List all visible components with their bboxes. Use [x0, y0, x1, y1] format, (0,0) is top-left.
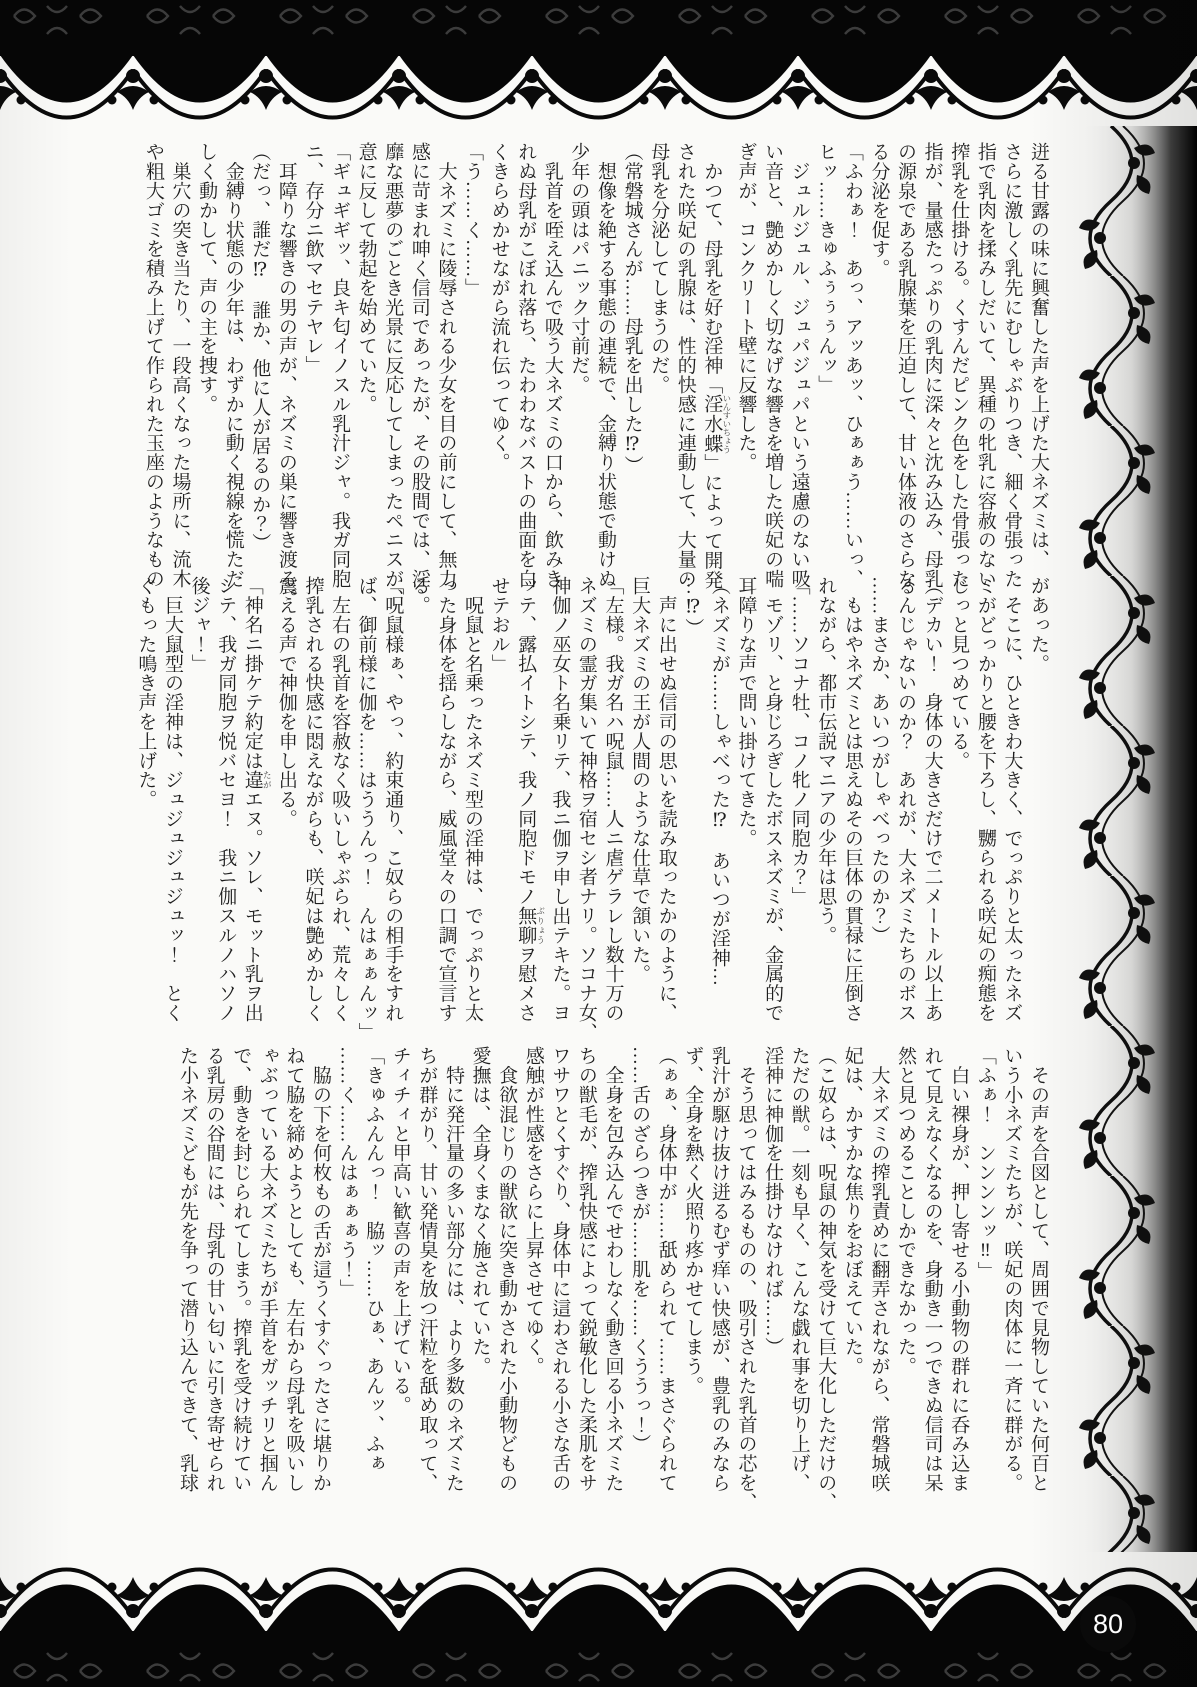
text-column: ……舌のざらつきが……肌を……くううっ！）	[626, 1046, 653, 1508]
text-column: さらに激しく乳先にむしゃぶりつき、細く骨張った	[998, 142, 1025, 604]
text-column: る分泌を促す。	[865, 142, 892, 604]
text-column: ……まさか、あいつがしゃべったのか？）	[865, 576, 892, 1038]
text-column: ワサワとくすぐり、身体中に這わされる小さな舌の	[546, 1046, 573, 1508]
text-column: ミがどっかりと腰を下ろし、嬲られる咲妃の痴態を	[971, 576, 998, 1038]
text-column: 全身を包み込んでせわしなく動き回る小ネズミた	[599, 1046, 626, 1508]
text-column: や粗大ゴミを積み上げて作られた玉座のようなもの	[139, 142, 166, 604]
text-column: された咲妃の乳腺は、性的快感に連動して、大量の	[671, 142, 698, 604]
text-column: った身体を揺らしながら、威風堂々の口調で宣言す	[432, 576, 459, 1038]
text-column: 意に反して勃起を始めていた。	[352, 142, 379, 604]
text-column: ……く……んはぁぁぁう！」	[333, 1046, 360, 1508]
text-column: 然と見つめることしかできなかった。	[891, 1046, 918, 1508]
text-column: くきらめかせながら流れ伝ってゆく。	[485, 142, 512, 604]
text-column: があった。	[1024, 576, 1051, 1038]
text-column: れぬ母乳がこぼれ落ち、たわわなバストの曲面を白	[512, 142, 539, 604]
text-column: …⁉）	[679, 576, 706, 1038]
text-column: 耳障りな声で問い掛けてきた。	[732, 576, 759, 1038]
text-column: そこに、ひときわ大きく、でっぷりと太ったネズ	[998, 576, 1025, 1038]
text-column: 妃は、かすかな焦りをおぼえていた。	[838, 1046, 865, 1508]
text-column: （ぁぁ、身体中が……舐められて……まさぐられて	[652, 1046, 679, 1508]
text-column: ぎ声が、コンクリート壁に反響した。	[732, 142, 759, 604]
text-column: 金縛り状態の少年は、わずかに動く視線を慌ただ	[219, 142, 246, 604]
text-column: （ネズミが……しゃべった⁉ あいつが淫神…	[705, 576, 732, 1038]
text-column: 神伽ノ巫女ト名乗リテ、我ニ伽ヲ申し出テキた。ヨ	[546, 576, 573, 1038]
text-column: ただの獣。一刻も早く、こんな戯れ事を切り上げ、	[785, 1046, 812, 1508]
text-column: 大ネズミの搾乳責めに翻弄されながら、常磐城咲	[865, 1046, 892, 1508]
text-column: 震える声で神伽を申し出る。	[272, 576, 299, 1038]
text-column: 巣穴の突き当たり、一段高くなった場所に、流木	[166, 142, 193, 604]
text-column: た小ネズミどもが先を争って潜り込んできて、乳球	[173, 1046, 200, 1508]
text-column: 乳首を咥え込んで吸う大ネズミの口から、飲みき	[538, 142, 565, 604]
text-column: 耳障りな響きの男の声が、ネズミの巣に響き渡る。	[272, 142, 299, 604]
text-column: 「ギュギギッ、良キ匂イノスル乳汁ジャ。我ガ同胞	[325, 142, 352, 604]
text-band-middle: があった。 そこに、ひときわ大きく、でっぷりと太ったネズミがどっかりと腰を下ろし…	[145, 576, 1051, 1038]
text-column: ちが群がり、甘い発情臭を放つ汗粒を舐め取って、	[413, 1046, 440, 1508]
text-column: 「ふぁ！ ンンンンッ‼」	[971, 1046, 998, 1508]
text-column: 「……ソコナ牡、コノ牝ノ同胞カ？」	[785, 576, 812, 1038]
text-column: 感触が性感をさらに上昇させてゆく。	[519, 1046, 546, 1508]
text-column: （こ奴らは、呪鼠の神気を受けて巨大化しただけの、	[812, 1046, 839, 1508]
text-column: 声に出せぬ信司の思いを読み取ったかのように、	[652, 576, 679, 1038]
text-column: 淫神に神伽を仕掛けなければ……）	[758, 1046, 785, 1508]
text-column: もはやネズミとは思えぬその巨体の貫禄に圧倒さ	[838, 576, 865, 1038]
text-column: 後ジャ！」	[185, 576, 212, 1038]
page-number: 80	[1093, 1609, 1123, 1640]
text-column: チィチィと甲高い歓喜の声を上げている。	[386, 1046, 413, 1508]
text-column: ッテ、露払イトシテ、我ノ同胞ドモノ無聊ぶりょうヲ慰メさ	[512, 576, 546, 1038]
page-number-badge: 80	[1080, 1596, 1136, 1652]
text-column: かつて、母乳を好む淫神「淫水蝶いんすいちょう」によって開発	[698, 142, 732, 604]
text-column: 白い裸身が、押し寄せる小動物の群れに呑み込ま	[945, 1046, 972, 1508]
text-column: れて見えなくなるのを、身動き一つできぬ信司は呆	[918, 1046, 945, 1508]
text-column: （デカい！ 身体の大きさだけで二メートル以上あ	[918, 576, 945, 1038]
text-column: るんじゃないのか？ あれが、大ネズミたちのボス	[891, 576, 918, 1038]
text-band-bottom: その声を合図として、周囲で見物していた何百という小ネズミたちが、咲妃の肉体に一斉…	[145, 1046, 1051, 1508]
text-column: 特に発汗量の多い部分には、より多数のネズミた	[439, 1046, 466, 1508]
text-column: 感に苛まれ呻く信司であったが、その股間では、淫	[405, 142, 432, 604]
text-column: ちの獣毛が、搾乳快感によって鋭敏化した柔肌をサ	[572, 1046, 599, 1508]
text-column: る。	[405, 576, 432, 1038]
text-column: 指が、量感たっぷりの乳肉に深々と沈み込み、母乳	[918, 142, 945, 604]
text-column: 靡な悪夢のごとき光景に反応してしまったペニスが、	[379, 142, 406, 604]
ornamental-bottom-border	[0, 1547, 1197, 1687]
text-column: れながら、都市伝説マニアの少年は思う。	[812, 576, 839, 1038]
text-column: ニ、存分ニ飲マセテヤレ」	[299, 142, 326, 604]
text-column: 「きゅふんんっ！ 脇ッ……ひぁ、あんッ、ふぁ	[360, 1046, 387, 1508]
text-column: 左右の乳首を容赦なく吸いしゃぶられ、荒々しく	[325, 576, 352, 1038]
text-column: シテ、我ガ同胞ヲ悦バセヨ！ 我ニ伽スルノハソノ	[212, 576, 239, 1038]
text-column: 大ネズミに陵辱される少女を目の前にして、無力	[432, 142, 459, 604]
text-column: 「神名ニ掛ケテ約定は違たがエヌ。ソレ、モット乳ヲ出	[238, 576, 272, 1038]
ornamental-right-border	[1077, 126, 1197, 1552]
text-column: その声を合図として、周囲で見物していた何百と	[1024, 1046, 1051, 1508]
text-column: ば、御前様に伽を……はううんっ！ んはぁぁんッ」	[352, 576, 379, 1038]
text-column: 呪鼠と名乗ったネズミ型の淫神は、でっぷりと太	[458, 576, 485, 1038]
text-column: 少年の頭はパニック寸前だ。	[565, 142, 592, 604]
text-column: ジュルジュル、ジュパジュパという遠慮のない吸	[785, 142, 812, 604]
text-column: （常磐城さんが……母乳を出した⁉）	[618, 142, 645, 604]
text-column: の源泉である乳腺葉を圧迫して、甘い体液のさらな	[891, 142, 918, 604]
text-column: 「呪鼠様ぁ、やっ、約束通り、こ奴らの相手をすれ	[379, 576, 406, 1038]
text-column: 想像を絶する事態の連続で、金縛り状態で動けぬ	[591, 142, 618, 604]
text-column: （だっ、誰だ⁉ 誰か、他に人が居るのか？）	[246, 142, 273, 604]
text-column: ず、全身を熱く火照り疼かせてしまう。	[679, 1046, 706, 1508]
text-column: 巨大ネズミの王が人間のような仕草で頷いた。	[626, 576, 653, 1038]
text-column: る乳房の谷間には、母乳の甘い匂いに引き寄せられ	[200, 1046, 227, 1508]
ornamental-top-border	[0, 0, 1197, 140]
book-page: { "page": { "number": "80", "language": …	[0, 0, 1197, 1687]
text-column: 愛撫は、全身くまなく施されていた。	[466, 1046, 493, 1508]
text-column: そう思ってはみるものの、吸引された乳首の芯を、	[732, 1046, 759, 1508]
text-column: 指で乳肉を揉みしだいて、異種の牝乳に容赦のない	[971, 142, 998, 604]
text-column: せテおル」	[485, 576, 512, 1038]
text-column: 搾乳される快感に悶えながらも、咲妃は艶めかしく	[299, 576, 326, 1038]
text-column: いう小ネズミたちが、咲妃の肉体に一斉に群がる。	[998, 1046, 1025, 1508]
text-column: 搾乳を仕掛ける。くすんだピンク色をした骨張った	[945, 142, 972, 604]
text-column: 乳汁が駆け抜け迸るむず痒い快感が、豊乳のみなら	[705, 1046, 732, 1508]
text-column: 迸る甘露の味に興奮した声を上げた大ネズミは、	[1024, 142, 1051, 604]
text-column: 「う……く……」	[458, 142, 485, 604]
text-column: 母乳を分泌してしまうのだ。	[645, 142, 672, 604]
text-band-top: 迸る甘露の味に興奮した声を上げた大ネズミは、さらに激しく乳先にむしゃぶりつき、細…	[145, 142, 1051, 604]
text-column: 巨大鼠型の淫神は、ジュジュジュジュッ！ とく	[158, 576, 185, 1038]
text-column: 脇の下を何枚もの舌が這うくすぐったさに堪りか	[306, 1046, 333, 1508]
text-column: ゃぶっている大ネズミたちが手首をガッチリと掴ん	[253, 1046, 280, 1508]
text-column: モゾリ、と身じろぎしたボスネズミが、金属的で	[758, 576, 785, 1038]
text-column: じっと見つめている。	[945, 576, 972, 1038]
text-column: ヒッ……きゅふぅぅぅんッ」	[812, 142, 839, 604]
text-column: で、動きを封じられてしまう。搾乳を受け続けてい	[227, 1046, 254, 1508]
text-column: 「ふわぁ！ あっ、アッあッ、ひぁぁう……いっ、	[838, 142, 865, 604]
text-column: しく動かして、声の主を捜す。	[193, 142, 220, 604]
text-column: ぐもった鳴き声を上げた。	[132, 576, 159, 1038]
text-column: ねて脇を締めようとしても、左右から母乳を吸いし	[280, 1046, 307, 1508]
text-column: ネズミの霊ガ集いて神格ヲ宿セシ者ナリ。ソコナ女、	[572, 576, 599, 1038]
text-column: 「左様。我ガ名ハ呪鼠……人ニ虐ゲラレし数十万の	[599, 576, 626, 1038]
text-column: 食欲混じりの獣欲に突き動かされた小動物どもの	[493, 1046, 520, 1508]
text-column: い音と、艶めかしく切なげな響きを増した咲妃の喘	[758, 142, 785, 604]
